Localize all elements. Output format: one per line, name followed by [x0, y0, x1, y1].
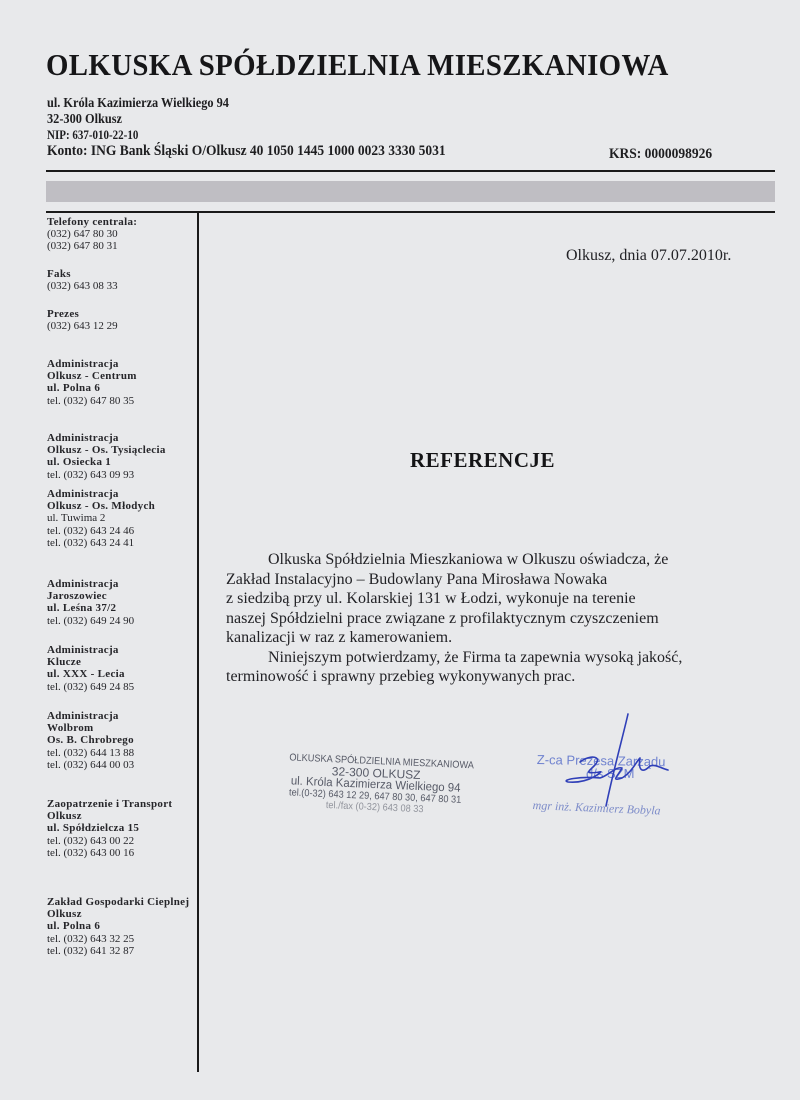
contact-block: AdministracjaOlkusz - Centrumul. Polna 6…	[47, 358, 137, 407]
body-line: Zakład Instalacyjno – Budowlany Pana Mir…	[226, 570, 726, 590]
contact-block: AdministracjaJaroszowiecul. Leśna 37/2te…	[47, 578, 134, 627]
contact-block: AdministracjaOlkusz - Os. Młodychul. Tuw…	[47, 488, 155, 549]
handwritten-signature-icon	[560, 710, 680, 810]
contact-line: Jaroszowiec	[47, 590, 134, 602]
organization-name: OLKUSKA SPÓŁDZIELNIA MIESZKANIOWA	[46, 47, 669, 83]
body-line: z siedzibą przy ul. Kolarskiej 131 w Łod…	[226, 589, 726, 609]
contact-block: Prezes(032) 643 12 29	[47, 308, 118, 332]
company-stamp: OLKUSKA SPÓŁDZIELNIA MIESZKANIOWA32-300 …	[279, 752, 471, 818]
contact-line: tel. (032) 644 13 88	[47, 747, 134, 759]
contact-heading: Administracja	[47, 358, 137, 370]
contact-heading: Zakład Gospodarki Cieplnej	[47, 896, 189, 908]
header-address: ul. Króla Kazimierza Wielkiego 94	[47, 96, 229, 112]
contact-line: tel. (032) 641 32 87	[47, 945, 189, 957]
body-line: terminowość i sprawny przebieg wykonywan…	[226, 667, 726, 687]
contact-block: Faks(032) 643 08 33	[47, 268, 118, 292]
contact-line: ul. Polna 6	[47, 920, 189, 932]
document-title: REFERENCJE	[410, 448, 555, 473]
contact-line: ul. Polna 6	[47, 382, 137, 394]
contact-line: tel. (032) 643 00 22	[47, 835, 172, 847]
contact-line: Os. B. Chrobrego	[47, 734, 134, 746]
contact-block: AdministracjaKluczeul. XXX - Leciatel. (…	[47, 644, 134, 693]
contact-line: tel. (032) 643 00 16	[47, 847, 172, 859]
contact-line: tel. (032) 644 00 03	[47, 759, 134, 771]
contact-line: ul. Tuwima 2	[47, 512, 155, 524]
contact-line: ul. Osiecka 1	[47, 456, 166, 468]
contact-line: tel. (032) 649 24 85	[47, 681, 134, 693]
header-top-rule	[46, 170, 775, 172]
contact-heading: Administracja	[47, 488, 155, 500]
contact-line: tel. (032) 643 24 46	[47, 525, 155, 537]
contact-line: (032) 647 80 31	[47, 240, 137, 252]
contact-line: Wolbrom	[47, 722, 134, 734]
contact-heading: Prezes	[47, 308, 118, 320]
contact-line: Olkusz	[47, 908, 189, 920]
contact-line: (032) 643 12 29	[47, 320, 118, 332]
contact-line: tel. (032) 643 24 41	[47, 537, 155, 549]
header-nip: NIP: 637-010-22-10	[47, 128, 138, 143]
contact-line: tel. (032) 649 24 90	[47, 615, 134, 627]
contact-line: (032) 643 08 33	[47, 280, 118, 292]
contact-heading: Telefony centrala:	[47, 216, 137, 228]
contact-line: Olkusz - Os. Tysiąclecia	[47, 444, 166, 456]
contact-line: ul. XXX - Lecia	[47, 668, 134, 680]
contact-line: ul. Leśna 37/2	[47, 602, 134, 614]
contact-block: AdministracjaOlkusz - Os. Tysiącleciaul.…	[47, 432, 166, 481]
letter-date: Olkusz, dnia 07.07.2010r.	[566, 247, 731, 265]
contact-line: tel. (032) 643 09 93	[47, 469, 166, 481]
header-bank-account: Konto: ING Bank Śląski O/Olkusz 40 1050 …	[47, 143, 446, 160]
contact-block: AdministracjaWolbromOs. B. Chrobregotel.…	[47, 710, 134, 771]
contact-line: tel. (032) 643 32 25	[47, 933, 189, 945]
contact-heading: Administracja	[47, 578, 134, 590]
contact-line: (032) 647 80 30	[47, 228, 137, 240]
contact-line: Olkusz	[47, 810, 172, 822]
header-bottom-rule	[46, 211, 775, 213]
body-line: Olkuska Spółdzielnia Mieszkaniowa w Olku…	[226, 550, 726, 570]
contact-block: Zaopatrzenie i TransportOlkuszul. Spółdz…	[47, 798, 172, 859]
letter-body: Olkuska Spółdzielnia Mieszkaniowa w Olku…	[226, 550, 726, 687]
contact-line: Olkusz - Centrum	[47, 370, 137, 382]
contact-line: tel. (032) 647 80 35	[47, 395, 137, 407]
contact-heading: Administracja	[47, 644, 134, 656]
contact-line: Klucze	[47, 656, 134, 668]
body-line: naszej Spółdzielni prace związane z prof…	[226, 609, 726, 629]
body-line: Niniejszym potwierdzamy, że Firma ta zap…	[226, 648, 726, 668]
contact-heading: Zaopatrzenie i Transport	[47, 798, 172, 810]
header-gray-band	[46, 181, 775, 202]
contact-heading: Administracja	[47, 432, 166, 444]
header-krs: KRS: 0000098926	[609, 146, 712, 163]
body-line: kanalizacji w raz z kamerowaniem.	[226, 628, 726, 648]
header-postal-code: 32-300 Olkusz	[47, 112, 122, 128]
contact-block: Zakład Gospodarki CieplnejOlkuszul. Poln…	[47, 896, 189, 957]
contact-line: ul. Spółdzielcza 15	[47, 822, 172, 834]
sidebar-divider	[197, 212, 199, 1072]
contact-block: Telefony centrala:(032) 647 80 30(032) 6…	[47, 216, 137, 253]
contact-line: Olkusz - Os. Młodych	[47, 500, 155, 512]
contact-heading: Faks	[47, 268, 118, 280]
contact-heading: Administracja	[47, 710, 134, 722]
